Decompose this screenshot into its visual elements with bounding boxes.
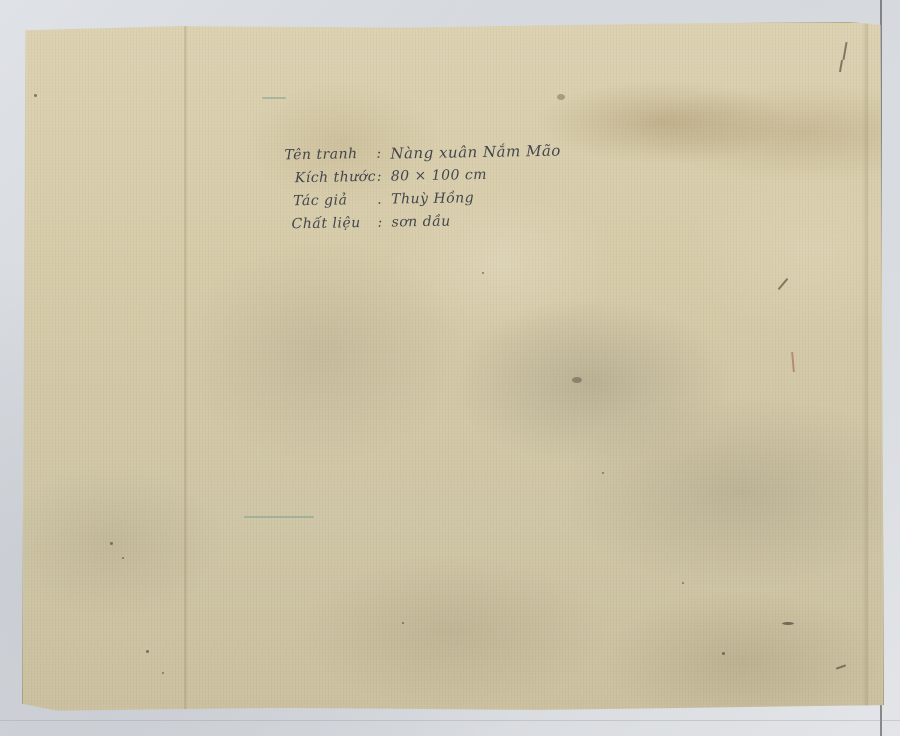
label-separator: : — [377, 212, 391, 235]
label-key: Kích thước — [285, 166, 377, 191]
floor-tile-seam — [0, 720, 900, 721]
dirt-speck — [110, 542, 113, 545]
dirt-speck — [682, 582, 684, 584]
label-value: sơn dầu — [391, 211, 451, 235]
label-value: Nàng xuân Nắm Mão — [390, 140, 561, 166]
pencil-mark — [842, 42, 847, 60]
green-paint-mark — [262, 97, 286, 99]
label-value: Thuỳ Hồng — [391, 187, 474, 211]
dirt-speck — [34, 94, 37, 97]
green-paint-mark — [244, 516, 314, 518]
dirt-speck — [482, 272, 484, 274]
dirt-speck — [782, 622, 794, 625]
dirt-speck — [146, 650, 149, 653]
label-value: 80 × 100 cm — [391, 164, 488, 189]
label-separator: : — [377, 166, 391, 189]
dirt-speck — [722, 652, 725, 655]
pencil-mark — [836, 664, 846, 669]
pencil-mark — [839, 60, 843, 72]
label-separator: : — [376, 143, 390, 166]
dirt-speck — [572, 377, 582, 383]
label-key: Tác giả — [285, 189, 377, 214]
dirt-speck — [402, 622, 404, 624]
stretcher-fold-line — [862, 22, 868, 712]
label-row-title: Tên tranh : Nàng xuân Nắm Mão — [284, 140, 561, 168]
dirt-speck — [122, 557, 124, 559]
pencil-mark — [791, 352, 795, 372]
dirt-speck — [162, 672, 164, 674]
painting-canvas-back: Tên tranh : Nàng xuân Nắm Mão Kích thước… — [22, 22, 884, 712]
label-separator: . — [377, 189, 391, 212]
pencil-mark — [778, 278, 789, 290]
stretcher-fold-line — [184, 22, 187, 712]
label-row-material: Chất liệu : sơn dầu — [285, 209, 562, 237]
handwritten-label: Tên tranh : Nàng xuân Nắm Mão Kích thước… — [284, 140, 562, 237]
label-key: Tên tranh — [284, 143, 376, 168]
dirt-speck — [557, 94, 565, 100]
dirt-speck — [602, 472, 604, 474]
label-key: Chất liệu — [285, 212, 377, 237]
